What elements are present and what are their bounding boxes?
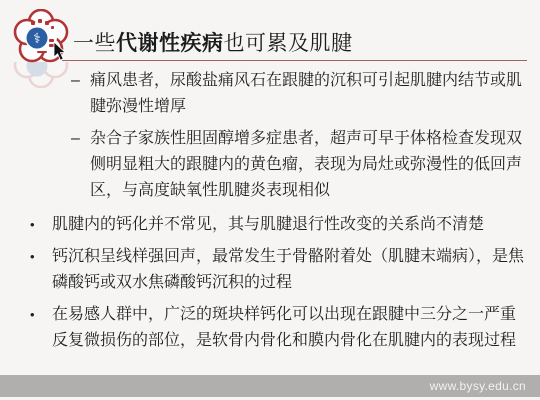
- bullet-text: 钙沉积呈线样强回声，最常发生于骨骼附着处（肌腱末端病），是焦磷酸钙或双水焦磷酸钙…: [52, 244, 528, 296]
- bullet-list: • 肌腱内的钙化并不常见，其与肌腱退行性改变的关系尚不清楚 • 钙沉积呈线样强回…: [0, 212, 540, 354]
- dash-bullet-icon: –: [71, 68, 90, 120]
- title-pre: 一些: [73, 32, 116, 55]
- sub-bullet-list: – 痛风患者，尿酸盐痛风石在跟腱的沉积可引起肌腱内结节或肌腱弥漫性增厚 – 杂合…: [0, 68, 540, 204]
- bullet-text: 在易感人群中，广泛的斑块样钙化可以出现在跟腱中三分之一严重反复微损伤的部位，是软…: [52, 302, 528, 354]
- sub-bullet-text: 杂合子家族性胆固醇增多症患者，超声可早于体格检查发现双侧明显粗大的跟腱内的黄色瘤…: [90, 126, 527, 204]
- dash-bullet-icon: –: [71, 126, 90, 204]
- dot-bullet-icon: •: [30, 212, 52, 238]
- svg-text:⚕: ⚕: [33, 30, 41, 46]
- bullet-text: 肌腱内的钙化并不常见，其与肌腱退行性改变的关系尚不清楚: [52, 212, 528, 238]
- dot-bullet-icon: •: [30, 244, 52, 296]
- list-item: – 痛风患者，尿酸盐痛风石在跟腱的沉积可引起肌腱内结节或肌腱弥漫性增厚: [71, 68, 527, 120]
- footer-url: www.bysy.edu.cn: [430, 379, 540, 393]
- title-bold: 代谢性疾病: [116, 32, 224, 55]
- title-underline: [62, 60, 527, 61]
- sub-bullet-text: 痛风患者，尿酸盐痛风石在跟腱的沉积可引起肌腱内结节或肌腱弥漫性增厚: [90, 68, 527, 120]
- list-item: • 钙沉积呈线样强回声，最常发生于骨骼附着处（肌腱末端病），是焦磷酸钙或双水焦磷…: [30, 244, 528, 296]
- presentation-slide: ⚕ 一些代谢性疾病也可累及肌腱 – 痛风患者，尿酸盐痛风石在跟腱的沉积可引起肌腱…: [0, 0, 540, 400]
- page-title: 一些代谢性疾病也可累及肌腱: [73, 27, 353, 57]
- list-item: – 杂合子家族性胆固醇增多症患者，超声可早于体格检查发现双侧明显粗大的跟腱内的黄…: [71, 126, 527, 204]
- footer-bar: www.bysy.edu.cn: [0, 375, 540, 397]
- list-item: • 在易感人群中，广泛的斑块样钙化可以出现在跟腱中三分之一严重反复微损伤的部位，…: [30, 302, 528, 354]
- slide-body: – 痛风患者，尿酸盐痛风石在跟腱的沉积可引起肌腱内结节或肌腱弥漫性增厚 – 杂合…: [0, 68, 540, 360]
- mouse-cursor: [53, 42, 67, 62]
- title-post: 也可累及肌腱: [224, 32, 353, 55]
- list-item: • 肌腱内的钙化并不常见，其与肌腱退行性改变的关系尚不清楚: [30, 212, 528, 238]
- dot-bullet-icon: •: [30, 302, 52, 354]
